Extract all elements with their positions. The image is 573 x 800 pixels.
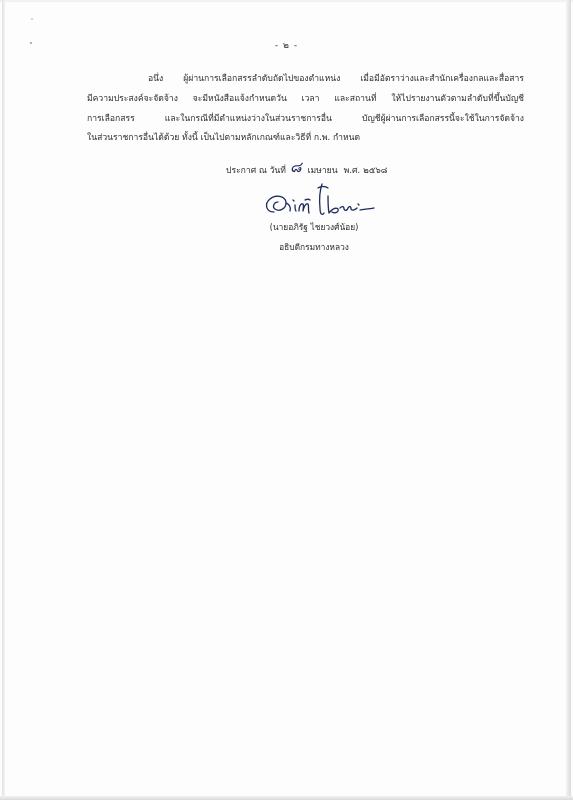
date-day-handwritten: ๘ [290, 161, 302, 173]
paragraph-line: ในส่วนราชการอื่นได้ด้วย ทั้งนี้ เป็นไปตา… [87, 132, 360, 144]
date-year-label: พ.ศ. [344, 166, 361, 176]
date-month: เมษายน [308, 166, 338, 176]
signer-title: อธิบดีกรมทางหลวง [0, 241, 573, 253]
paragraph-line: การเลือกสรร และในกรณีที่มีตำแหน่งว่างในส… [87, 113, 524, 125]
date-year: ๒๕๖๘ [363, 166, 387, 176]
announcement-date: ประกาศ ณ วันที่๘เมษายนพ.ศ.๒๕๖๘ [226, 162, 387, 177]
document-page: - ๒ - อนึ่ง ผู้ผ่านการเลือกสรรลำดับถัดไป… [0, 0, 573, 800]
paragraph-line: มีความประสงค์จะจัดจ้าง จะมีหนังสือแจ้งกำ… [87, 93, 524, 105]
page-edge-bottom [0, 796, 573, 800]
page-edge-left [2, 0, 5, 798]
paragraph-line: อนึ่ง ผู้ผ่านการเลือกสรรลำดับถัดไปของตำแ… [148, 73, 524, 85]
scan-speck [31, 18, 33, 20]
signer-name: (นายอภิรัฐ ไชยวงศ์น้อย) [0, 221, 573, 233]
page-number: - ๒ - [0, 38, 573, 52]
page-edge-top [0, 0, 573, 2]
date-prefix: ประกาศ ณ วันที่ [226, 166, 286, 176]
signature-icon [262, 182, 377, 224]
page-edge-right [566, 0, 571, 798]
